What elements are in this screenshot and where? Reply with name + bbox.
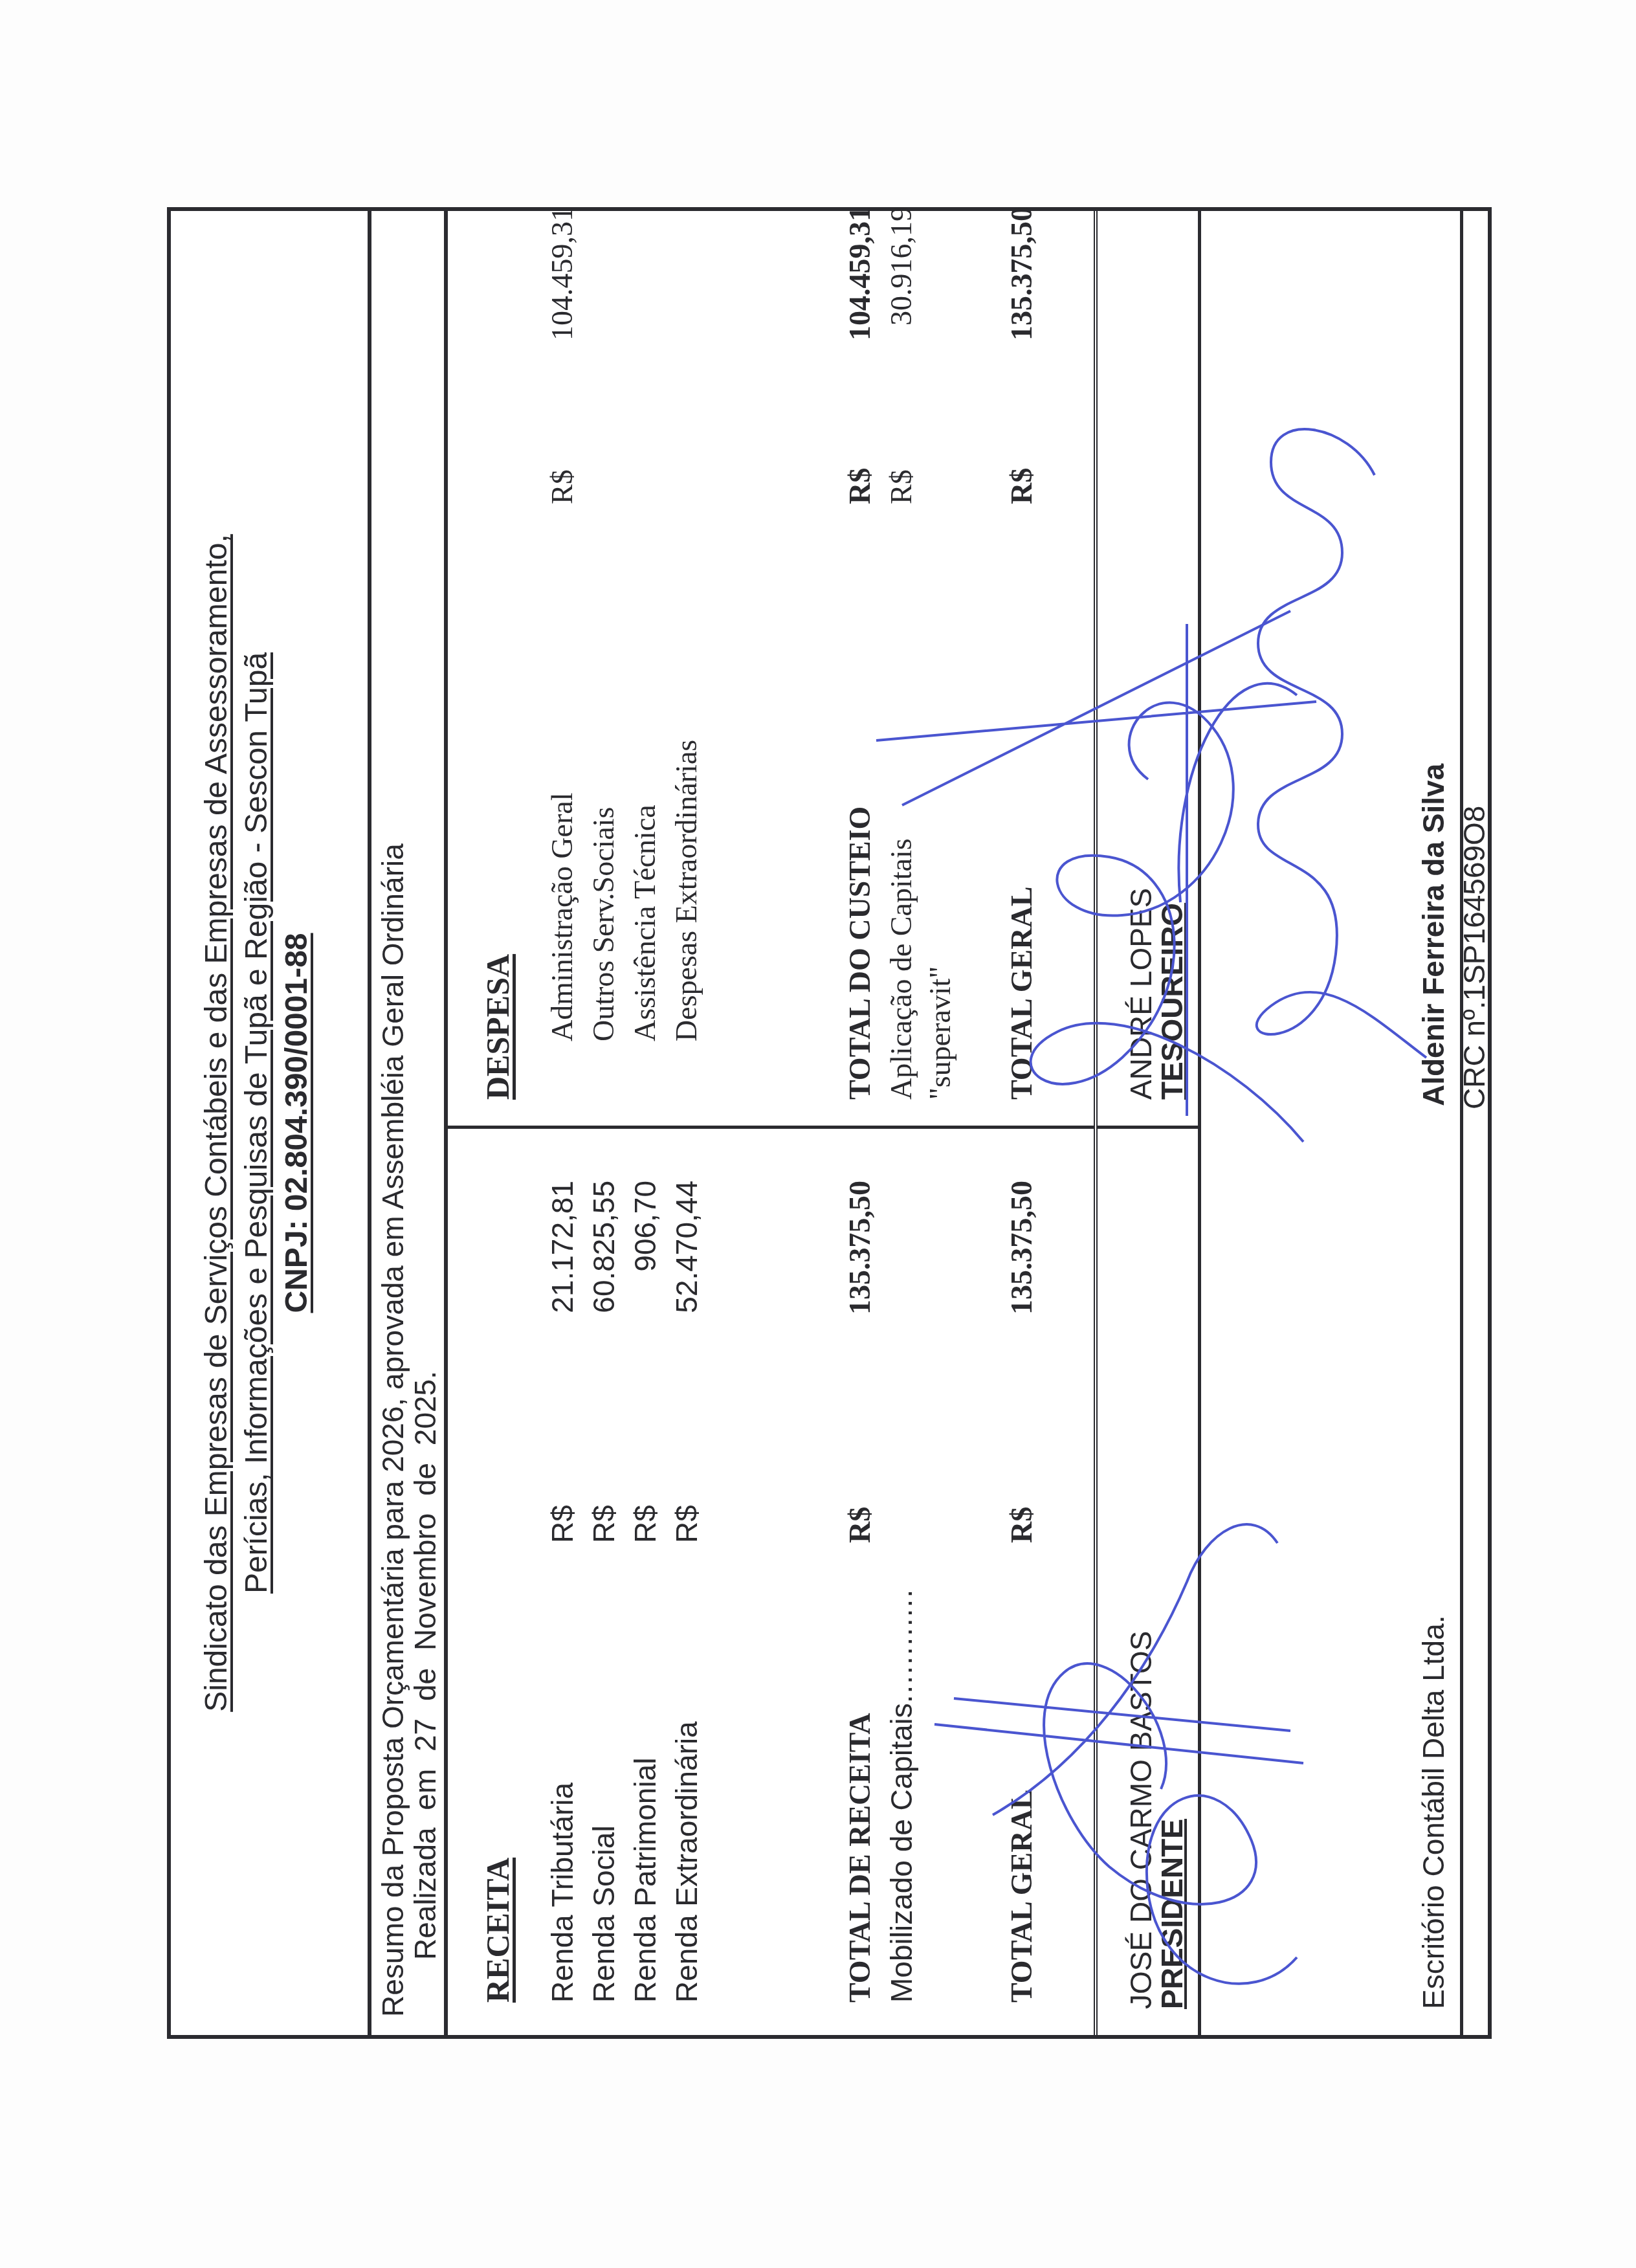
treasurer-name: ANDRÉ LOPES bbox=[1123, 888, 1158, 1100]
receita-title: RECEITA bbox=[479, 1858, 516, 2003]
table-row: Outros Serv.Sociais bbox=[586, 211, 628, 1126]
row-label: Renda Extraordinária bbox=[669, 1721, 704, 2003]
despesa-column: DESPESA Administração Geral R$ 104.459,3… bbox=[448, 211, 1094, 1126]
row-label: TOTAL DO CUSTEIO bbox=[843, 806, 877, 1100]
accountant-block: Aldenir Ferreira da Silva bbox=[1201, 211, 1460, 1126]
row-amount: 135.375,50 bbox=[1004, 206, 1039, 478]
accountant-crc: CRC nº.1SP164569O8 bbox=[1457, 806, 1492, 1109]
document-header: Sindicato das Empresas de Serviços Contá… bbox=[171, 211, 371, 2035]
table-row: Renda Social R$ 60.825,55 bbox=[586, 1129, 628, 2035]
header-title-line1: Sindicato das Empresas de Serviços Contá… bbox=[197, 211, 237, 2035]
row-currency: R$ bbox=[1004, 1507, 1039, 1543]
row-label: Renda Social bbox=[586, 1825, 621, 2003]
table-row: Assistência Técnica bbox=[628, 211, 669, 1126]
office-name: Escritório Contábil Delta Ltda. bbox=[1416, 1615, 1451, 2009]
row-amount: 104.459,31 bbox=[843, 206, 877, 478]
mobilizado-label: Mobilizado de Capitais bbox=[885, 1703, 918, 2003]
row-label: "superavit" bbox=[923, 966, 957, 1100]
table-row: Renda Extraordinária R$ 52.470,44 bbox=[669, 1129, 711, 2035]
despesa-title: DESPESA bbox=[479, 954, 516, 1100]
row-currency: R$ bbox=[628, 1505, 663, 1543]
budget-summary-document: Sindicato das Empresas de Serviços Contá… bbox=[167, 207, 1492, 2039]
table-row: Renda Patrimonial R$ 906,70 bbox=[628, 1129, 669, 2035]
president-role: PRESIDENTE bbox=[1155, 1819, 1189, 2009]
superavit-row: "superavit" bbox=[923, 211, 964, 1126]
president-name: JOSÉ DO CARMO BASTOS bbox=[1123, 1631, 1158, 2009]
row-currency: R$ bbox=[545, 1505, 580, 1543]
row-amount: 21.172,81 bbox=[545, 1181, 580, 1452]
row-amount: 52.470,44 bbox=[669, 1181, 704, 1452]
office-block: Escritório Contábil Delta Ltda. bbox=[1201, 1126, 1460, 2035]
total-custeio-row: TOTAL DO CUSTEIO R$ 104.459,31 bbox=[843, 211, 884, 1126]
summary-line2: Realizada em 27 de Novembro de 2025. bbox=[409, 211, 441, 2017]
treasurer-signature-block: ANDRÉ LOPES TESOUREIRO bbox=[1098, 211, 1198, 1126]
dot-leader: ............ bbox=[885, 1588, 918, 1703]
aplicacao-row: Aplicação de Capitais R$ 30.916,19 bbox=[884, 211, 925, 1126]
row-amount: 104.459,31 bbox=[545, 206, 579, 478]
row-label: Aplicação de Capitais bbox=[884, 838, 918, 1100]
total-geral-receita-row: TOTAL GERAL R$ 135.375,50 bbox=[1004, 1129, 1046, 2035]
crc-strip: CRC nº.1SP164569O8 bbox=[1463, 211, 1492, 2035]
row-amount: 60.825,55 bbox=[586, 1181, 621, 1452]
row-currency: R$ bbox=[843, 1507, 877, 1543]
table-row: Renda Tributária R$ 21.172,81 bbox=[545, 1129, 586, 2035]
total-geral-despesa-row: TOTAL GERAL R$ 135.375,50 bbox=[1004, 211, 1046, 1126]
header-cnpj: CNPJ: 02.804.390/0001-88 bbox=[277, 211, 317, 2035]
row-label: Assistência Técnica bbox=[628, 805, 662, 1041]
row-label: Mobilizado de Capitais............ bbox=[884, 1588, 919, 2003]
row-currency: R$ bbox=[669, 1505, 704, 1543]
row-label: Administração Geral bbox=[545, 793, 579, 1041]
total-receita-row: TOTAL DE RECEITA R$ 135.375,50 bbox=[843, 1129, 884, 2035]
table-row: Despesas Extraordinárias bbox=[669, 211, 711, 1126]
row-amount: 30.916,19 bbox=[884, 206, 918, 478]
row-label: TOTAL DE RECEITA bbox=[843, 1713, 877, 2003]
accountant-name: Aldenir Ferreira da Silva bbox=[1416, 764, 1451, 1106]
row-amount: 906,70 bbox=[628, 1181, 663, 1452]
row-label: Renda Patrimonial bbox=[628, 1758, 663, 2003]
mobilizado-row: Mobilizado de Capitais............ bbox=[884, 1129, 925, 2035]
row-label: TOTAL GERAL bbox=[1004, 887, 1039, 1100]
row-amount: 135.375,50 bbox=[1004, 1181, 1039, 1452]
summary-statement: Resumo da Proposta Orçamentária para 202… bbox=[371, 211, 448, 2035]
treasurer-role: TESOUREIRO bbox=[1155, 903, 1189, 1100]
summary-line1: Resumo da Proposta Orçamentária para 202… bbox=[377, 211, 409, 2017]
budget-table: RECEITA Renda Tributária R$ 21.172,81 Re… bbox=[448, 211, 1098, 2035]
table-row: Administração Geral R$ 104.459,31 bbox=[545, 211, 586, 1126]
row-label: Renda Tributária bbox=[545, 1783, 580, 2003]
row-amount: 135.375,50 bbox=[843, 1181, 877, 1452]
accountant-signatures: Escritório Contábil Delta Ltda. Aldenir … bbox=[1201, 211, 1463, 2035]
header-title-line2: Perícias, Informações e Pesquisas de Tup… bbox=[237, 211, 277, 2035]
officer-signatures: JOSÉ DO CARMO BASTOS PRESIDENTE ANDRÉ LO… bbox=[1098, 211, 1201, 2035]
receita-column: RECEITA Renda Tributária R$ 21.172,81 Re… bbox=[448, 1126, 1094, 2035]
row-label: Outros Serv.Sociais bbox=[586, 807, 621, 1041]
row-currency: R$ bbox=[586, 1505, 621, 1543]
president-signature-block: JOSÉ DO CARMO BASTOS PRESIDENTE bbox=[1098, 1126, 1198, 2035]
row-label: Despesas Extraordinárias bbox=[669, 740, 703, 1041]
row-label: TOTAL GERAL bbox=[1004, 1790, 1039, 2003]
